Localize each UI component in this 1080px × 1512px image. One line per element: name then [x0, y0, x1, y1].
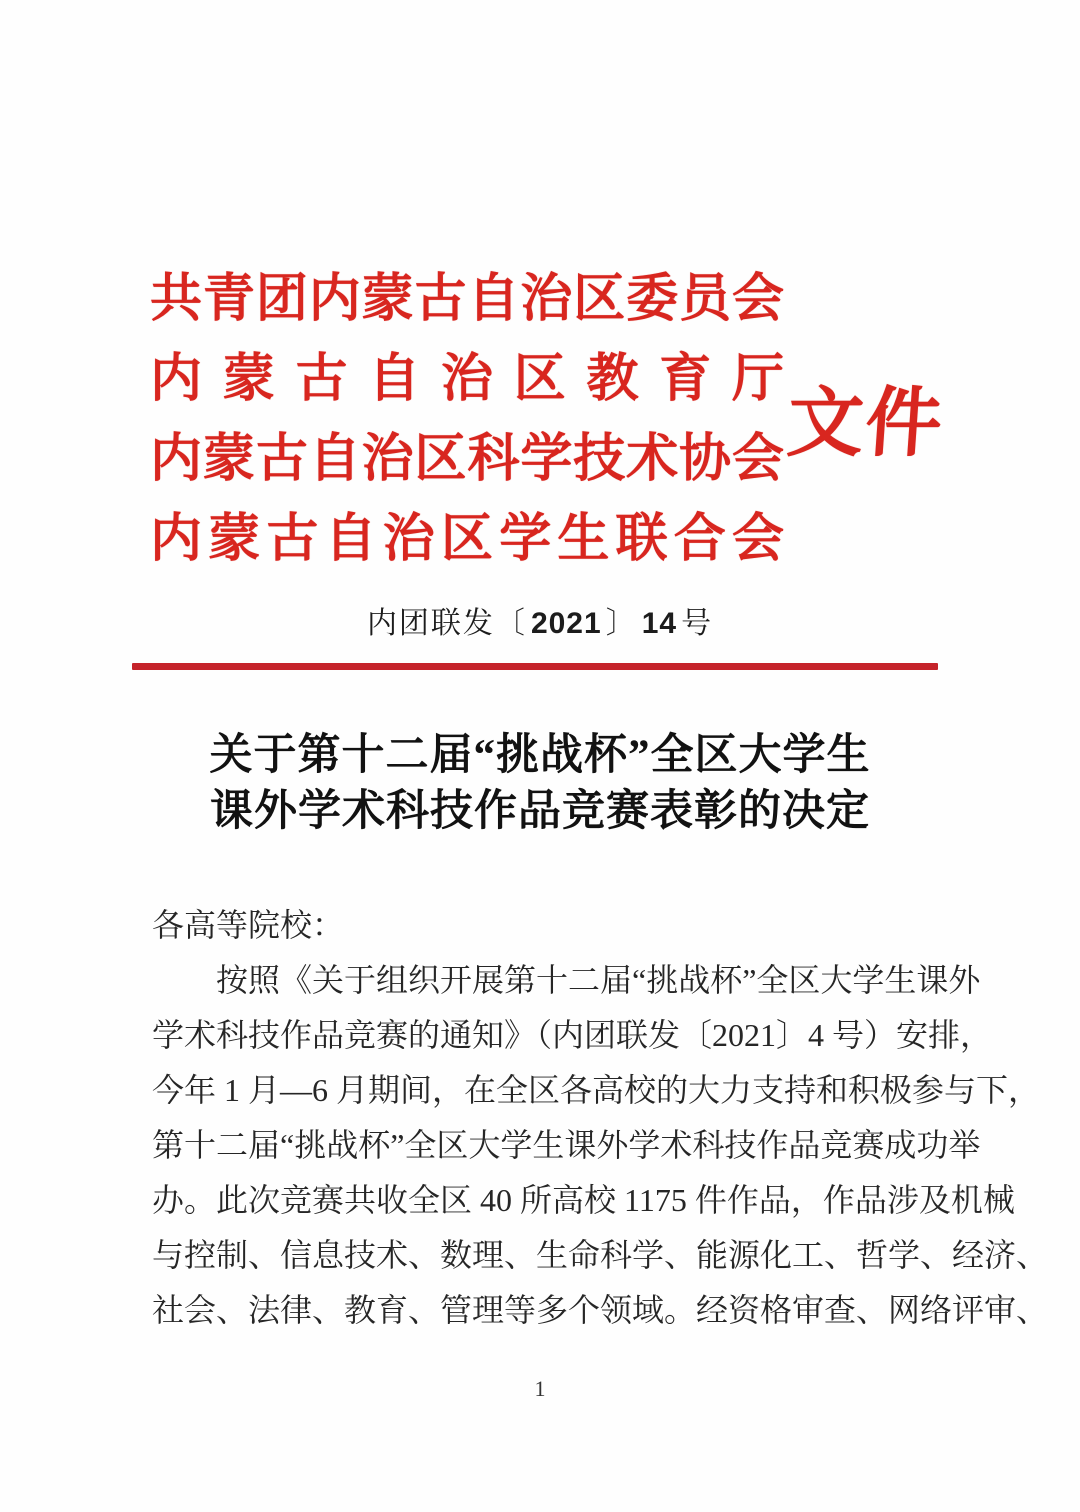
body-line: 与控制、信息技术、数理、生命科学、能源化工、哲学、经济、 [152, 1228, 932, 1283]
document-body: 各高等院校： 按照《关于组织开展第十二届“挑战杯”全区大学生课外 学术科技作品竞… [152, 898, 932, 1338]
document-number: 内团联发〔2021〕14号 [0, 598, 1080, 642]
red-separator-line [132, 663, 938, 670]
letterhead-org-block: 共青团内蒙古自治区委员会 内蒙古自治区教育厅 内蒙古自治区科学技术协会 内蒙古自… [150, 260, 784, 580]
salutation-line: 各高等院校： [152, 898, 932, 953]
document-number-close-bracket: 〕 [606, 607, 638, 640]
official-document-page: 共青团内蒙古自治区委员会 内蒙古自治区教育厅 内蒙古自治区科学技术协会 内蒙古自… [0, 0, 1080, 1512]
document-number-suffix: 号 [681, 607, 713, 640]
org-name-line-4: 内蒙古自治区学生联合会 [150, 500, 784, 580]
document-number-serial: 14 [638, 607, 681, 640]
body-line: 学术科技作品竞赛的通知》（内团联发〔2021〕4 号）安排， [152, 1008, 932, 1063]
body-line: 今年 1 月—6 月期间，在全区各高校的大力支持和积极参与下， [152, 1063, 932, 1118]
org-name-line-3: 内蒙古自治区科学技术协会 [150, 420, 784, 500]
body-line: 社会、法律、教育、管理等多个领域。经资格审查、网络评审、 [152, 1283, 932, 1338]
page-number: 1 [0, 1376, 1080, 1402]
document-title: 关于第十二届“挑战杯”全区大学生 课外学术科技作品竞赛表彰的决定 [0, 728, 1080, 840]
document-title-line-1: 关于第十二届“挑战杯”全区大学生 [0, 728, 1080, 784]
body-line: 按照《关于组织开展第十二届“挑战杯”全区大学生课外 [152, 953, 932, 1008]
org-name-line-1: 共青团内蒙古自治区委员会 [150, 260, 784, 340]
org-name-line-2: 内蒙古自治区教育厅 [150, 340, 784, 420]
document-number-prefix: 内团联发〔 [367, 607, 527, 640]
body-line: 办。此次竞赛共收全区 40 所高校 1175 件作品，作品涉及机械 [152, 1173, 932, 1228]
document-title-line-2: 课外学术科技作品竞赛表彰的决定 [0, 784, 1080, 840]
document-type-label: 文件 [784, 362, 962, 471]
body-line: 第十二届“挑战杯”全区大学生课外学术科技作品竞赛成功举 [152, 1118, 932, 1173]
document-number-year: 2021 [527, 607, 606, 640]
